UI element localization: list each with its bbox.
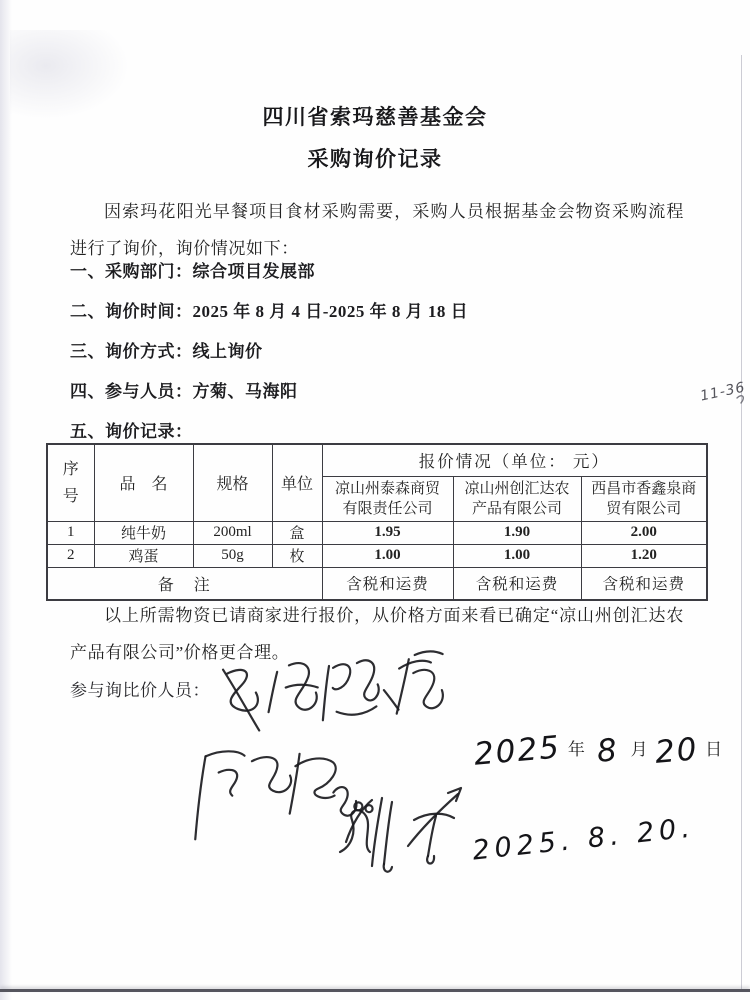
row2-name: 鸡蛋 [94, 544, 193, 567]
remark-3: 含税和运费 [581, 567, 707, 600]
row1-unit: 盒 [272, 521, 322, 544]
signature-2 [408, 788, 461, 864]
row1-name: 纯牛奶 [94, 521, 193, 544]
header-supplier-3: 西昌市香鑫泉商贸有限公司 [581, 476, 707, 521]
header-unit: 单位 [272, 444, 322, 521]
date-month: 8 [595, 732, 620, 770]
remark-1: 含税和运费 [322, 567, 453, 600]
row2-quote-1: 1.00 [322, 544, 453, 567]
table-header-row-1: 序号 品 名 规格 单位 报价情况（单位： 元） [47, 444, 707, 476]
handwritten-date: 2025年8月20日 [474, 733, 722, 769]
header-supplier-1: 凉山州泰森商贸有限责任公司 [322, 476, 453, 521]
row2-quote-3: 1.20 [581, 544, 707, 567]
date-day-unit: 日 [705, 735, 722, 760]
approval-note-signature [189, 741, 374, 839]
row1-seq: 1 [47, 521, 94, 544]
date-month-unit: 月 [631, 735, 648, 760]
document-title: 四川省索玛慈善基金会 [0, 101, 750, 131]
row2-quote-2: 1.00 [453, 544, 581, 567]
document-subtitle: 采购询价记录 [0, 143, 750, 173]
list-item-inquiry-record: 五、询价记录： [70, 421, 690, 443]
margin-note: 11-36 [699, 379, 747, 404]
handwritten-bottom-date: 2025. 8. 20. [471, 812, 696, 866]
list-item-department: 一、采购部门：综合项目发展部 [70, 261, 690, 283]
row1-quote-2: 1.90 [453, 521, 581, 544]
header-quote-title: 报价情况（单位： 元） [322, 444, 707, 476]
row2-unit: 枚 [272, 544, 322, 567]
header-supplier-2: 凉山州创汇达农产品有限公司 [453, 476, 581, 521]
date-year-unit: 年 [568, 735, 585, 760]
header-spec: 规格 [193, 444, 272, 521]
date-day: 20 [653, 731, 699, 771]
participants-label: 参与询比价人员： [70, 676, 210, 701]
row2-seq: 2 [47, 544, 94, 567]
scan-edge-bottom-line [0, 989, 750, 992]
table-remark-row: 备 注 含税和运费 含税和运费 含税和运费 [47, 567, 707, 600]
quotation-table: 序号 品 名 规格 单位 报价情况（单位： 元） 凉山州泰森商贸有限责任公司 凉… [46, 443, 708, 601]
remark-label: 备 注 [47, 567, 322, 600]
numbered-list: 一、采购部门：综合项目发展部 二、询价时间：2025 年 8 月 4 日-202… [70, 261, 690, 461]
list-item-inquiry-method: 三、询价方式：线上询价 [70, 341, 690, 363]
row2-spec: 50g [193, 544, 272, 567]
row1-quote-1: 1.95 [322, 521, 453, 544]
table-row: 2 鸡蛋 50g 枚 1.00 1.00 1.20 [47, 544, 707, 567]
signature-1 [340, 798, 392, 872]
remark-2: 含税和运费 [453, 567, 581, 600]
header-seq: 序号 [47, 444, 94, 521]
date-year: 2025 [473, 729, 563, 772]
header-name: 品 名 [94, 444, 193, 521]
row1-spec: 200ml [193, 521, 272, 544]
row1-quote-3: 2.00 [581, 521, 707, 544]
scanned-document-page: 四川省索玛慈善基金会 采购询价记录 因索玛花阳光早餐项目食材采购需要，采购人员根… [0, 0, 750, 1000]
list-item-inquiry-time: 二、询价时间：2025 年 8 月 4 日-2025 年 8 月 18 日 [70, 301, 690, 323]
table-row: 1 纯牛奶 200ml 盒 1.95 1.90 2.00 [47, 521, 707, 544]
list-item-participants: 四、参与人员：方菊、马海阳 [70, 381, 690, 403]
intro-paragraph: 因索玛花阳光早餐项目食材采购需要，采购人员根据基金会物资采购流程进行了询价，询价… [70, 193, 684, 267]
conclusion-paragraph: 以上所需物资已请商家进行报价，从价格方面来看已确定“凉山州创汇达农产品有限公司”… [70, 597, 684, 671]
scan-edge-right-line [741, 55, 742, 990]
